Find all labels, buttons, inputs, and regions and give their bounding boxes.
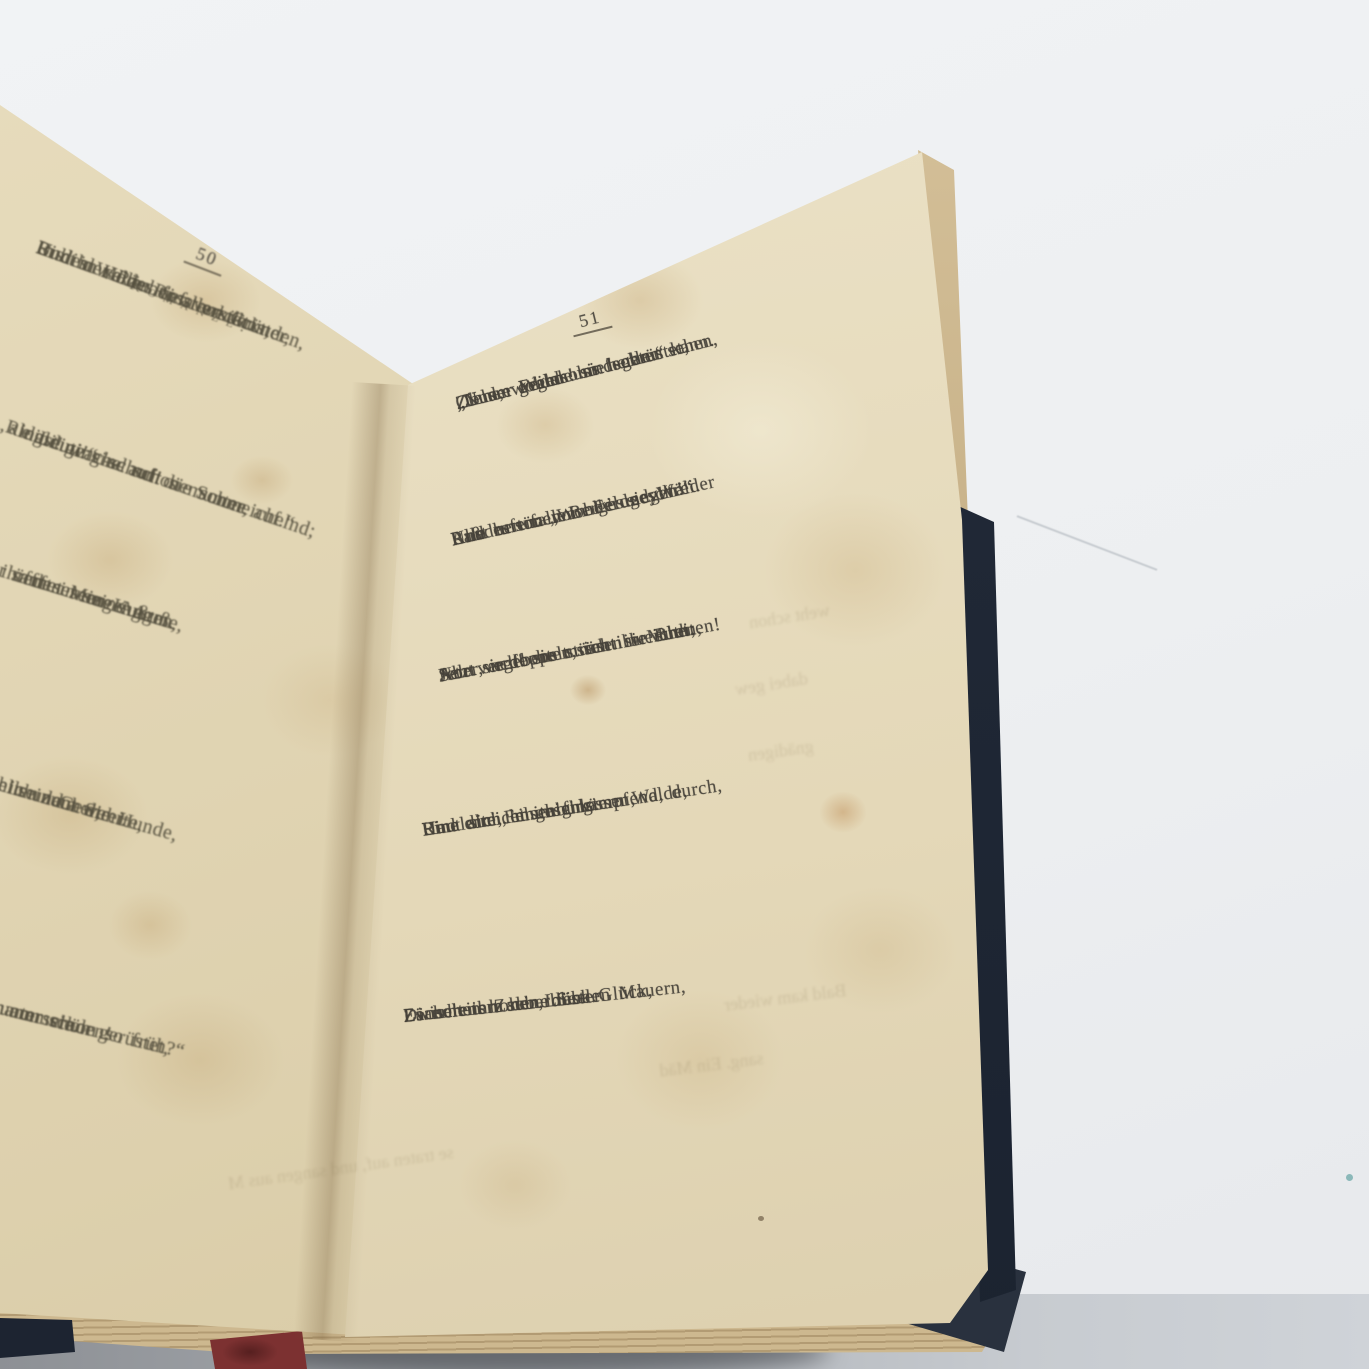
paper-speck bbox=[758, 1216, 764, 1221]
teal-speck bbox=[1346, 1174, 1353, 1181]
photo-of-open-book: 50 Romanze. 51 In des Waldes finstern Gr… bbox=[0, 0, 1369, 1369]
surface-scratch bbox=[1017, 515, 1158, 571]
